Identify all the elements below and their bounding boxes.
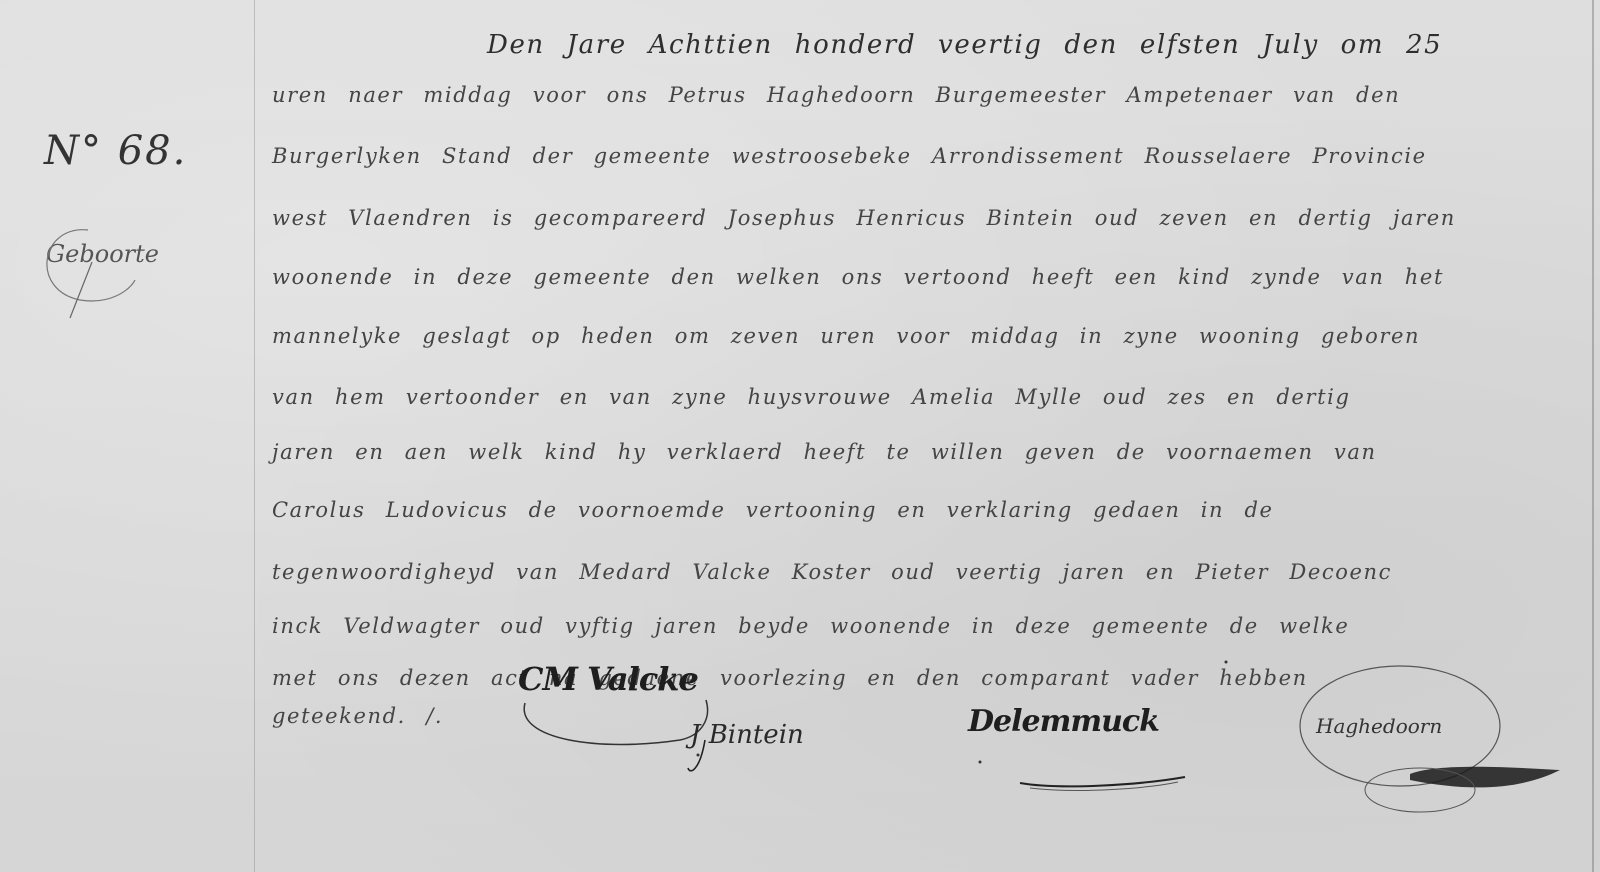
document-page: N° 68. Geboorte Den Jare Achttien honder… (0, 0, 1600, 872)
body-line: jaren en aen welk kind hy verklaerd heef… (272, 440, 1377, 464)
signature-flourishes-icon (0, 0, 1600, 872)
body-line: Den Jare Achttien honderd veertig den el… (487, 30, 1442, 60)
body-line: met ons dezen act na gedaene voorlezing … (272, 666, 1308, 690)
body-line: tegenwoordigheyd van Medard Valcke Koste… (272, 560, 1392, 584)
body-line: van hem vertoonder en van zyne huysvrouw… (272, 385, 1351, 409)
body-line: uren naer middag voor ons Petrus Haghedo… (272, 83, 1400, 107)
signature-block: CM Valcke J Bintein Delemmuck Haghedoorn (0, 0, 1600, 872)
body-line: Carolus Ludovicus de voornoemde vertooni… (272, 498, 1274, 522)
signature-haghedoorn: Haghedoorn (1316, 714, 1442, 738)
body-line: west Vlaendren is gecompareerd Josephus … (272, 206, 1456, 230)
body-line: geteekend. /. (272, 704, 443, 728)
signature-delemmuck: Delemmuck (968, 704, 1159, 739)
record-number: N° 68. (44, 128, 187, 174)
signature-bintein: J Bintein (690, 720, 804, 750)
record-type-label: Geboorte (46, 240, 159, 268)
body-line: Burgerlyken Stand der gemeente westroose… (272, 144, 1427, 168)
body-line: mannelyke geslagt op heden om zeven uren… (272, 324, 1420, 348)
body-line: inck Veldwagter oud vyftig jaren beyde w… (272, 614, 1349, 638)
page-edge (1592, 0, 1594, 872)
body-line: woonende in deze gemeente den welken ons… (272, 265, 1444, 289)
margin-rule (254, 0, 255, 872)
